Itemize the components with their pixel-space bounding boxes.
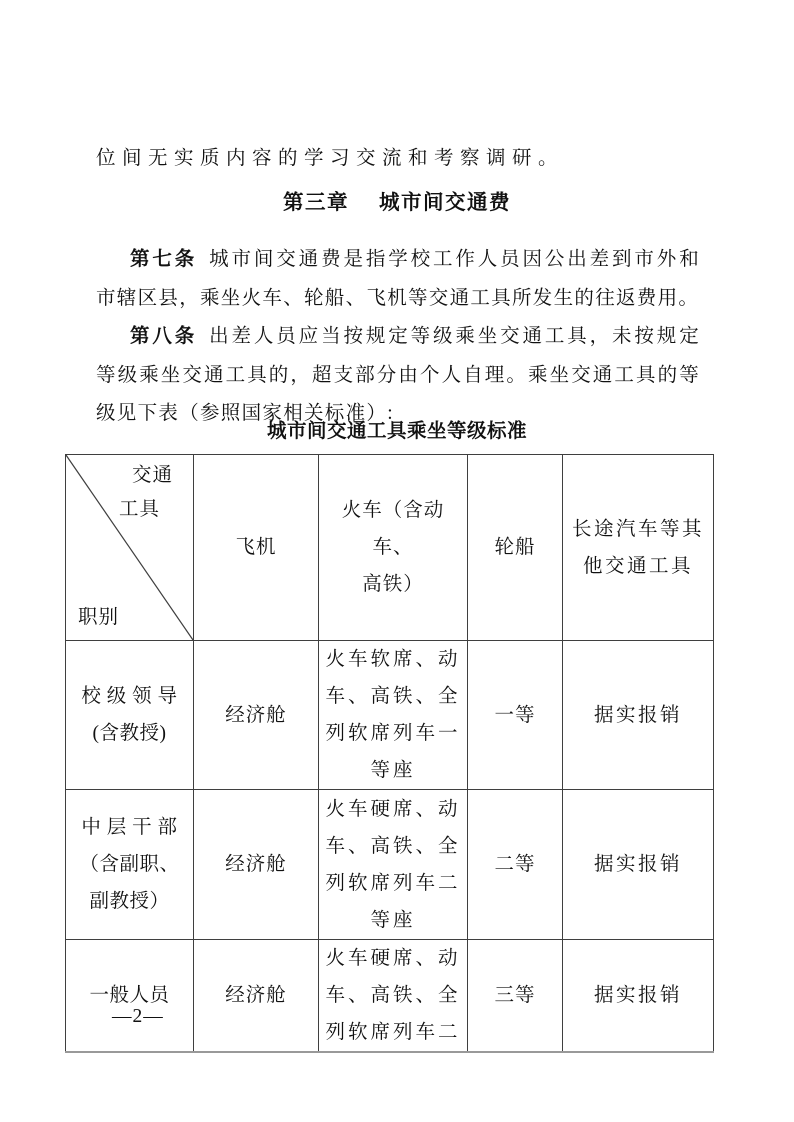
paragraph-line: 第八条出差人员应当按规定等级乘坐交通工具，未按规定 (96, 318, 700, 357)
page-number: —2— (112, 1003, 164, 1031)
table-title: 城市间交通工具乘坐等级标准 (0, 418, 794, 444)
cell-ship-class: 一等 (468, 641, 563, 790)
cell-ship-class: 三等 (468, 940, 563, 1053)
table-row-general-staff: 一般人员 经济舱 火车硬席、动 车、高铁、全 列软席列车二 三等 据实报销 (66, 940, 714, 1053)
cell-bus-class: 据实报销 (563, 940, 714, 1053)
cell-bus-class: 据实报销 (563, 790, 714, 940)
paragraph-article-7: 第七条城市间交通费是指学校工作人员因公出差到市外和 市辖区县，乘坐火车、轮船、飞… (96, 241, 700, 318)
header-train: 火车（含动车、 高铁） (319, 455, 468, 641)
paragraph-line: 第七条城市间交通费是指学校工作人员因公出差到市外和 (96, 241, 700, 280)
cell-rank: 中 层 干 部 （含副职、 副教授） (66, 790, 194, 940)
table-row-school-leaders: 校 级 领 导 (含教授) 经济舱 火车软席、动 车、高铁、全 列软席列车一 等… (66, 641, 714, 790)
paragraph-line: 等级乘坐交通工具的，超支部分由个人自理。乘坐交通工具的等 (96, 357, 700, 396)
chapter-heading: 第三章城市间交通费 (0, 189, 794, 217)
paragraph-article-8: 第八条出差人员应当按规定等级乘坐交通工具，未按规定 等级乘坐交通工具的，超支部分… (96, 318, 700, 434)
chapter-number: 第三章 (283, 191, 349, 214)
article-term: 第八条 (130, 326, 197, 347)
cell-train-class: 火车硬席、动 车、高铁、全 列软席列车二 等座 (319, 790, 468, 940)
cell-plane-class: 经济舱 (194, 940, 319, 1053)
document-page: { "page": { "continuation_line": "位间无实质内… (0, 0, 794, 1122)
cell-rank: 校 级 领 导 (含教授) (66, 641, 194, 790)
article-term: 第七条 (130, 249, 197, 270)
header-ship: 轮船 (468, 455, 563, 641)
cell-rank: 一般人员 (66, 940, 194, 1053)
chapter-title: 城市间交通费 (379, 191, 511, 214)
cell-bus-class: 据实报销 (563, 641, 714, 790)
paragraph-text: 出差人员应当按规定等级乘坐交通工具，未按规定 (209, 326, 700, 347)
cell-train-class: 火车硬席、动 车、高铁、全 列软席列车二 (319, 940, 468, 1053)
corner-label-transport: 交通 (132, 465, 173, 487)
cell-ship-class: 二等 (468, 790, 563, 940)
cell-train-class: 火车软席、动 车、高铁、全 列软席列车一 等座 (319, 641, 468, 790)
paragraph-line: 市辖区县，乘坐火车、轮船、飞机等交通工具所发生的往返费用。 (96, 280, 700, 319)
corner-label-tool: 工具 (119, 499, 160, 521)
table-corner-cell: 交通 工具 职别 (66, 455, 194, 641)
header-plane: 飞机 (194, 455, 319, 641)
cell-plane-class: 经济舱 (194, 790, 319, 940)
transport-grade-table: 交通 工具 职别 飞机 火车（含动车、 高铁） 轮船 长途汽车等其 他交通工具 … (65, 454, 714, 1053)
corner-label-rank: 职别 (78, 607, 119, 629)
cell-plane-class: 经济舱 (194, 641, 319, 790)
paragraph-text: 城市间交通费是指学校工作人员因公出差到市外和 (209, 249, 700, 270)
table-header-row: 交通 工具 职别 飞机 火车（含动车、 高铁） 轮船 长途汽车等其 他交通工具 (66, 455, 714, 641)
continuation-paragraph-line: 位间无实质内容的学习交流和考察调研。 (96, 144, 736, 174)
table-row-middle-cadres: 中 层 干 部 （含副职、 副教授） 经济舱 火车硬席、动 车、高铁、全 列软席… (66, 790, 714, 940)
header-bus: 长途汽车等其 他交通工具 (563, 455, 714, 641)
